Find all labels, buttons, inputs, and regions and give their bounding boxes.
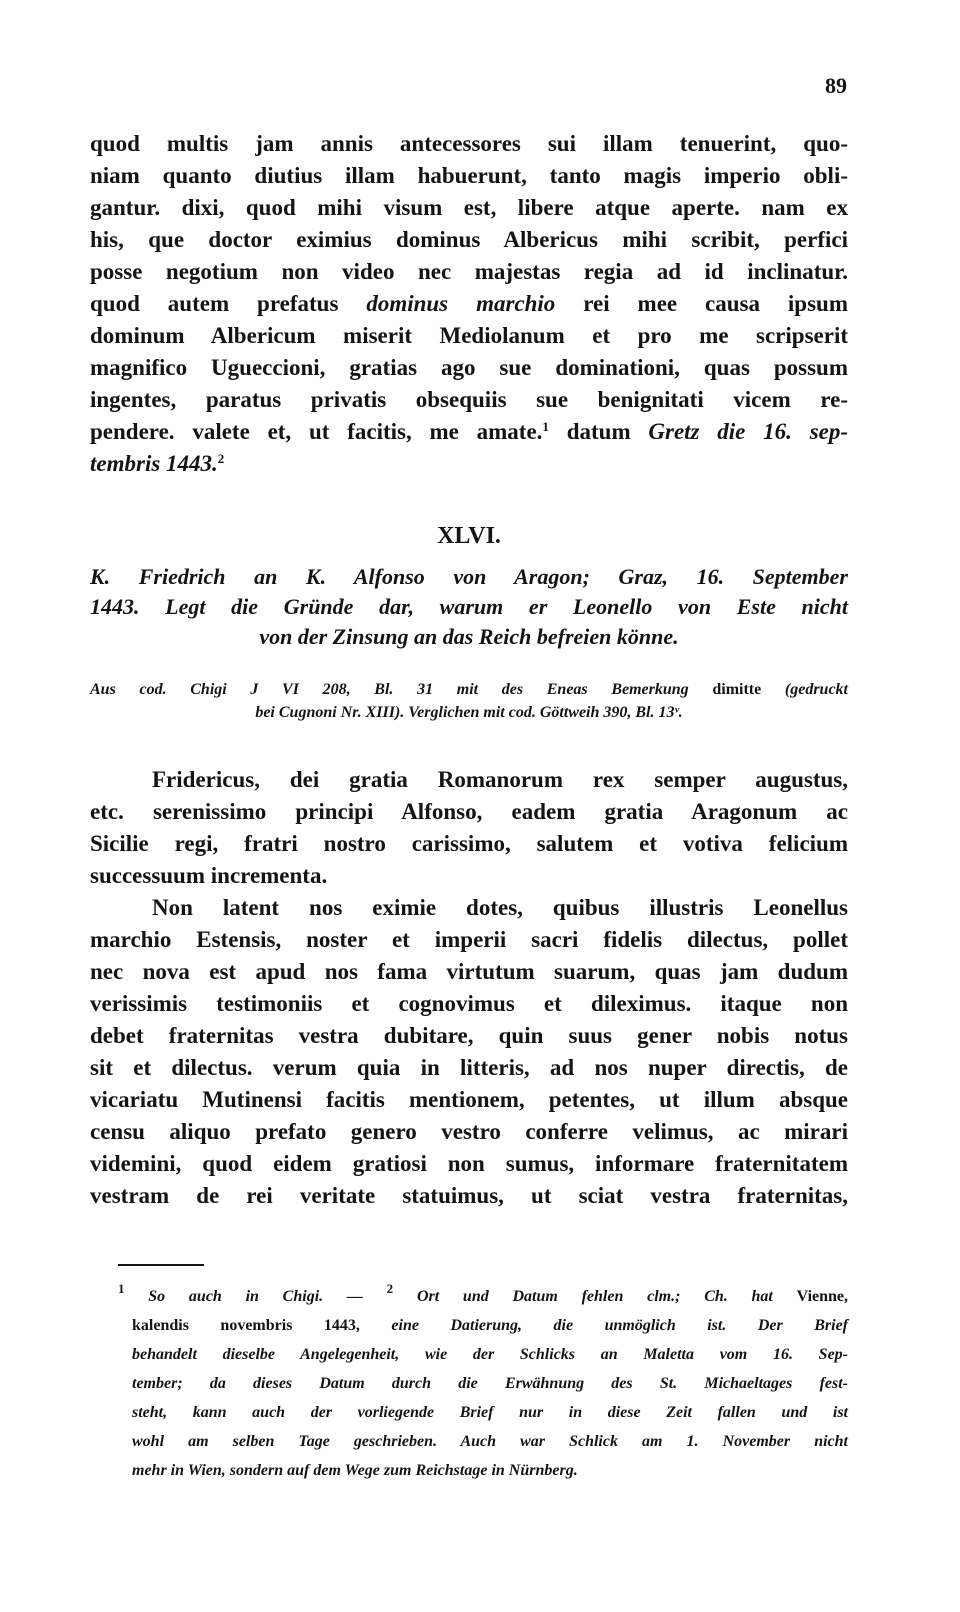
text-fragment: Vienne, xyxy=(797,1288,848,1305)
italic-dominus: dominus xyxy=(366,291,448,316)
text-line: verissimis testimoniis et cognovimus et … xyxy=(90,988,848,1020)
text-line: successuum incrementa. xyxy=(90,860,848,892)
source-note: Aus cod. Chigi J VI 208, Bl. 31 mit des … xyxy=(90,678,848,724)
text-fragment: kalendis novembris 1443, xyxy=(132,1317,360,1334)
footnote-line: steht, kann auch der vorliegende Brief n… xyxy=(118,1398,848,1427)
letter-greeting: Fridericus, dei gratia Romanorum rex sem… xyxy=(90,764,848,892)
footnote-line: 1 So auch in Chigi. — 2 Ort und Datum fe… xyxy=(118,1282,848,1311)
page-number: 89 xyxy=(800,73,847,99)
text-fragment: eine Datierung, die unmöglich ist. Der B… xyxy=(391,1317,848,1334)
text-line: posse negotium non video nec majestas re… xyxy=(90,256,848,288)
text-line: dominum Albericum miserit Mediolanum et … xyxy=(90,320,848,352)
document-page: 89 quod multis jam annis antecessores su… xyxy=(0,0,960,1612)
text-line: vicariatu Mutinensi facitis mentionem, p… xyxy=(90,1084,848,1116)
footnote-line: tember; da dieses Datum durch die Erwähn… xyxy=(118,1369,848,1398)
document-number-heading: XLVI. xyxy=(90,520,848,552)
footnotes: 1 So auch in Chigi. — 2 Ort und Datum fe… xyxy=(118,1282,848,1485)
source-line: Aus cod. Chigi J VI 208, Bl. 31 mit des … xyxy=(90,678,848,701)
text-line: Fridericus, dei gratia Romanorum rex sem… xyxy=(90,764,848,796)
letter-body: Non latent nos eximie dotes, quibus illu… xyxy=(90,892,848,1212)
footnote-ref-2[interactable]: 2 xyxy=(218,451,225,466)
footnote-mark-2: 2 xyxy=(387,1281,394,1296)
italic-marchio: marchio xyxy=(476,291,555,316)
text-line: vestram de rei veritate statuimus, ut sc… xyxy=(90,1180,848,1212)
text-fragment: quod autem prefatus xyxy=(90,291,338,316)
footnote-line: wohl am selben Tage geschrieben. Auch wa… xyxy=(118,1427,848,1456)
text-fragment: Aus cod. Chigi J VI 208, Bl. 31 mit des … xyxy=(90,681,689,698)
text-line: quod multis jam annis antecessores sui i… xyxy=(90,128,848,160)
text-line: marchio Estensis, noster et imperii sacr… xyxy=(90,924,848,956)
footnote-1-text: So auch in Chigi. — xyxy=(148,1288,363,1305)
text-line: his, que doctor eximius dominus Albericu… xyxy=(90,224,848,256)
source-line: bei Cugnoni Nr. XIII). Verglichen mit co… xyxy=(90,701,848,724)
text-line: debet fraternitas vestra dubitare, quin … xyxy=(90,1020,848,1052)
text-line: quod autem prefatus dominus marchio rei … xyxy=(90,288,848,320)
text-fragment: (gedruckt xyxy=(785,681,848,698)
regest-line: 1443. Legt die Gründe dar, warum er Leon… xyxy=(90,592,848,622)
footnote-line: kalendis novembris 1443, eine Datierung,… xyxy=(118,1311,848,1340)
text-line: niam quanto diutius illam habuerunt, tan… xyxy=(90,160,848,192)
footnote-2-text: Ort und Datum fehlen clm.; Ch. hat xyxy=(417,1288,773,1305)
text-fragment: pendere. valete et, ut facitis, me amate… xyxy=(90,419,542,444)
regest-summary: K. Friedrich an K. Alfonso von Aragon; G… xyxy=(90,562,848,652)
text-line: tembris 1443.2 xyxy=(90,448,848,480)
italic-date-end: tembris 1443. xyxy=(90,451,218,476)
text-line: censu aliquo prefato genero vestro confe… xyxy=(90,1116,848,1148)
text-line: sit et dilectus. verum quia in litteris,… xyxy=(90,1052,848,1084)
footnote-ref-1[interactable]: 1 xyxy=(542,419,549,434)
footnote-divider xyxy=(118,1264,204,1266)
text-line: Non latent nos eximie dotes, quibus illu… xyxy=(90,892,848,924)
text-fragment: datum xyxy=(567,419,631,444)
text-line: nec nova est apud nos fama virtutum suar… xyxy=(90,956,848,988)
regest-line: von der Zinsung an das Reich befreien kö… xyxy=(90,622,848,652)
text-line: magnifico Ugueccioni, gratias ago sue do… xyxy=(90,352,848,384)
italic-date: Gretz die 16. sep- xyxy=(648,419,848,444)
footnote-mark-1: 1 xyxy=(118,1281,125,1296)
footnote-line: mehr in Wien, sondern auf dem Wege zum R… xyxy=(118,1456,848,1485)
text-line: Sicilie regi, fratri nostro carissimo, s… xyxy=(90,828,848,860)
text-fragment: dimitte xyxy=(712,681,761,698)
text-line: gantur. dixi, quod mihi visum est, liber… xyxy=(90,192,848,224)
text-fragment: rei mee causa ipsum xyxy=(583,291,848,316)
text-line: ingentes, paratus privatis obsequiis sue… xyxy=(90,384,848,416)
text-line: pendere. valete et, ut facitis, me amate… xyxy=(90,416,848,448)
regest-line: K. Friedrich an K. Alfonso von Aragon; G… xyxy=(90,562,848,592)
footnote-line: behandelt dieselbe Angelegenheit, wie de… xyxy=(118,1340,848,1369)
text-line: videmini, quod eidem gratiosi non sumus,… xyxy=(90,1148,848,1180)
text-line: etc. serenissimo principi Alfonso, eadem… xyxy=(90,796,848,828)
continuation-text: quod multis jam annis antecessores sui i… xyxy=(90,128,848,480)
